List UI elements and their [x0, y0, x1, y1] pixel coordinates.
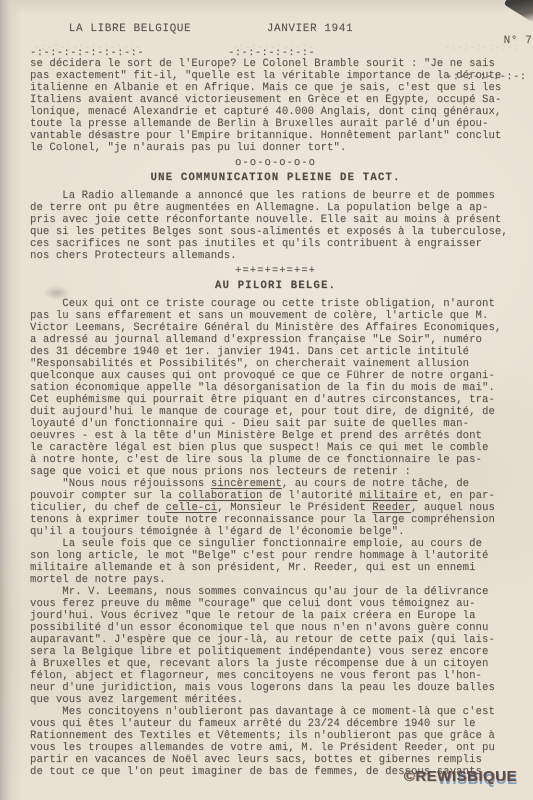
- issue-date: JANVIER 1941: [267, 23, 353, 35]
- section-heading-pilori: AU PILORI BELGE.: [30, 280, 521, 292]
- pilori-paragraph-2: La seule fois que ce singulier fonctionn…: [30, 538, 521, 586]
- watermark-text: ©REWISBIQUE: [404, 768, 517, 785]
- ink-smudge: [44, 286, 70, 300]
- newspaper-page: LA LIBRE BELGIQUE -:-:-:-:-:-:-:-:- JANV…: [0, 0, 533, 800]
- masthead: LA LIBRE BELGIQUE -:-:-:-:-:-:-:-:- JANV…: [0, 0, 533, 54]
- section-separator: o-o-o-o-o-o: [30, 157, 521, 169]
- section-separator: +=+=+=+=+=+: [30, 265, 521, 277]
- issue-number-block: N° 7IV -:-:-:-:-:-:: [446, 11, 533, 107]
- pilori-quote-paragraph: "Nous nous réjouissons sincèrement, au c…: [30, 478, 521, 538]
- newspaper-title: LA LIBRE BELGIQUE: [69, 23, 191, 35]
- pilori-paragraph-1: Ceux qui ont ce triste courage ou cette …: [30, 298, 521, 478]
- copyright-watermark: WISBIQUE ©REWISBIQUE: [404, 768, 517, 785]
- pilori-paragraph-3: Mr. V. Leemans, nous sommes convaincus q…: [30, 586, 521, 706]
- tact-paragraph: La Radio allemande a annoncé que les rat…: [30, 190, 521, 262]
- page-body: se décidera le sort de l'Europe? Le Colo…: [0, 54, 533, 778]
- issue-underline: -:-:-:-:-:-:: [446, 71, 533, 83]
- section-heading-tact: UNE COMMUNICATION PLEINE DE TACT.: [30, 172, 521, 184]
- ink-smudge: [96, 129, 126, 139]
